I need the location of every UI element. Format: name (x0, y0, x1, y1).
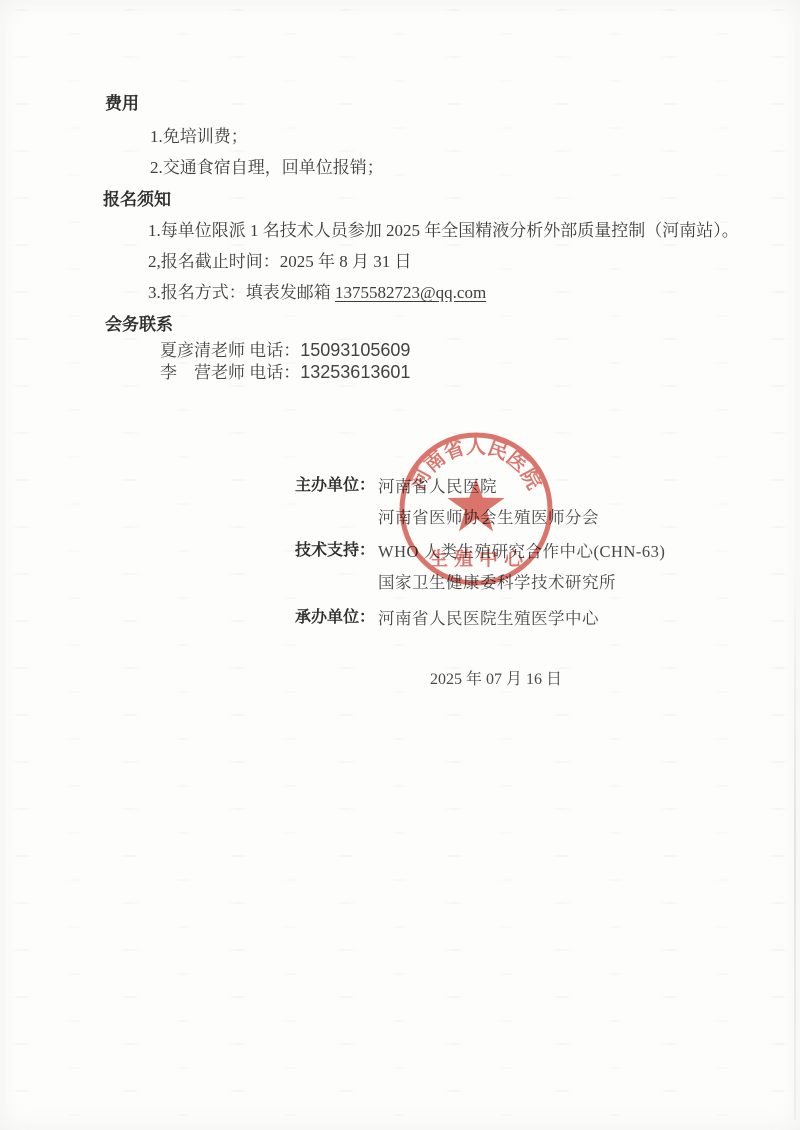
document-page: 费用 1.免培训费； 2.交通食宿自理，回单位报销； 报名须知 1.每单位限派 … (0, 0, 800, 1130)
tech-support-line-2: 国家卫生健康委科学技术研究所 (378, 569, 616, 593)
section-heading-registration: 报名须知 (103, 185, 171, 210)
host-line-1: 河南省人民医院 (378, 473, 497, 497)
host-line-2: 河南省医师协会生殖医师分会 (378, 504, 599, 528)
registration-item-3: 3.报名方式：填表发邮箱 1375582723@qq.com (148, 278, 486, 303)
contact-2-name: 李 营老师 (160, 363, 245, 382)
registration-item-1: 1.每单位限派 1 名技术人员参加 2025 年全国精液分析外部质量控制（河南站… (148, 216, 739, 241)
contact-1-phone-number: 15093105609 (300, 340, 410, 360)
undertaker-label: 承办单位： (295, 604, 375, 627)
tech-support-line-1: WHO 人类生殖研究合作中心(CHN-63) (378, 538, 665, 562)
registration-email-link[interactable]: 1375582723@qq.com (335, 283, 486, 302)
undertaker-line-1: 河南省人民医院生殖医学中心 (378, 605, 599, 629)
registration-item-2: 2,报名截止时间：2025 年 8 月 31 日 (148, 247, 412, 272)
contact-2-phone-number: 13253613601 (300, 362, 410, 382)
host-label: 主办单位： (295, 472, 375, 495)
scan-artifact-line (794, 560, 796, 1120)
fees-item-2: 2.交通食宿自理，回单位报销； (150, 153, 384, 178)
fees-item-1: 1.免培训费； (150, 122, 248, 147)
tech-support-label: 技术支持： (295, 537, 375, 560)
contact-2-phone-label: 电话： (249, 363, 300, 382)
section-heading-contact: 会务联系 (105, 310, 173, 335)
contact-line-2: 李 营老师 电话：13253613601 (160, 358, 410, 383)
registration-item-3-text: 3.报名方式：填表发邮箱 (148, 283, 335, 302)
document-date: 2025 年 07 月 16 日 (430, 666, 562, 689)
section-heading-fees: 费用 (105, 89, 139, 114)
